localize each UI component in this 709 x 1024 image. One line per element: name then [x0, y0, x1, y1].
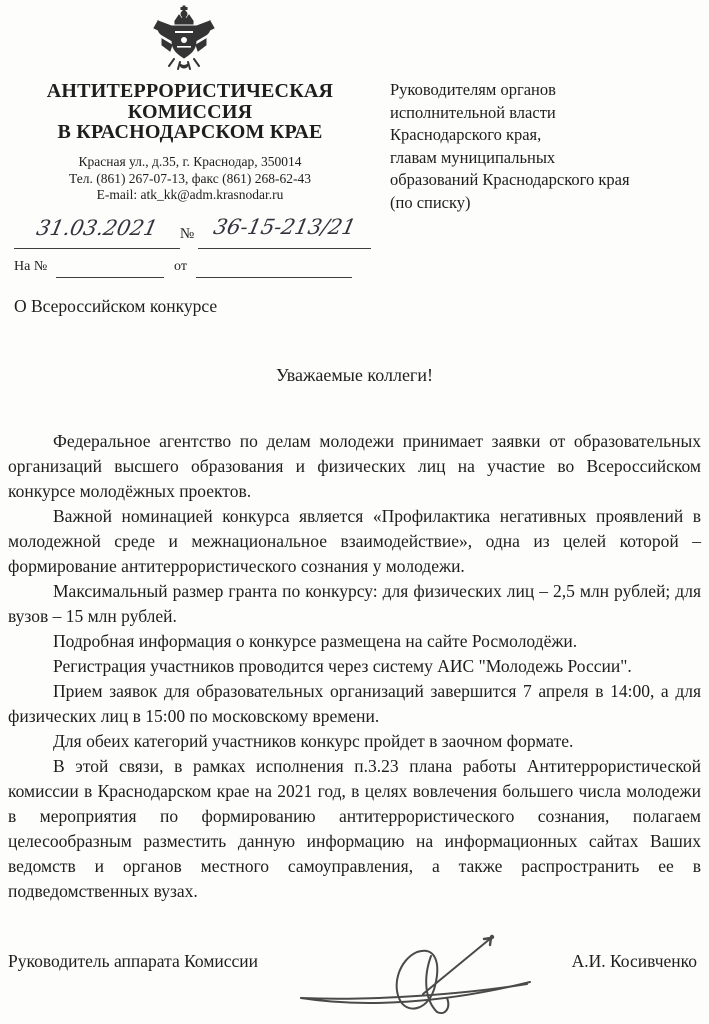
- recipient-block: Руководителям органов исполнительной вла…: [390, 79, 702, 214]
- org-name: АНТИТЕРРОРИСТИЧЕСКАЯ КОМИССИЯ В КРАСНОДА…: [15, 81, 365, 143]
- signer-position: Руководитель аппарата Комиссии: [8, 951, 258, 972]
- body-paragraph: Максимальный размер гранта по конкурсу: …: [8, 579, 701, 629]
- outgoing-number-field: 36-15-213/21: [198, 209, 371, 249]
- body-paragraph: Для обеих категорий участников конкурс п…: [8, 729, 701, 754]
- body-paragraph: Федеральное агентство по делам молодежи …: [8, 429, 701, 504]
- reply-date-blank: [196, 261, 352, 278]
- outgoing-date-value: 31.03.2021: [33, 211, 160, 245]
- reply-from-label: от: [174, 259, 187, 275]
- signature-autograph-icon: [295, 920, 585, 1022]
- outgoing-date-field: 31.03.2021: [14, 211, 180, 249]
- signer-name: А.И. Косивченко: [572, 951, 697, 972]
- body-paragraph: Регистрация участников проводится через …: [8, 654, 701, 679]
- scanned-letter-page: АНТИТЕРРОРИСТИЧЕСКАЯ КОМИССИЯ В КРАСНОДА…: [0, 0, 709, 1024]
- reply-number-label: На №: [14, 259, 47, 275]
- subject-line: О Всероссийском конкурсе: [14, 296, 434, 317]
- body-paragraph: В этой связи, в рамках исполнения п.3.23…: [8, 754, 701, 904]
- org-address: Красная ул., д.35, г. Краснодар, 350014 …: [15, 154, 365, 204]
- coat-of-arms-icon: [150, 5, 218, 71]
- reply-number-blank: [56, 261, 164, 278]
- body-paragraph: Прием заявок для образовательных организ…: [8, 679, 701, 729]
- letter-body: Федеральное агентство по делам молодежи …: [8, 429, 701, 904]
- salutation: Уважаемые коллеги!: [0, 365, 709, 386]
- body-paragraph: Подробная информация о конкурсе размещен…: [8, 629, 701, 654]
- number-sign: №: [176, 226, 198, 243]
- outgoing-number-value: 36-15-213/21: [210, 209, 359, 245]
- body-paragraph: Важной номинацией конкурса является «Про…: [8, 504, 701, 579]
